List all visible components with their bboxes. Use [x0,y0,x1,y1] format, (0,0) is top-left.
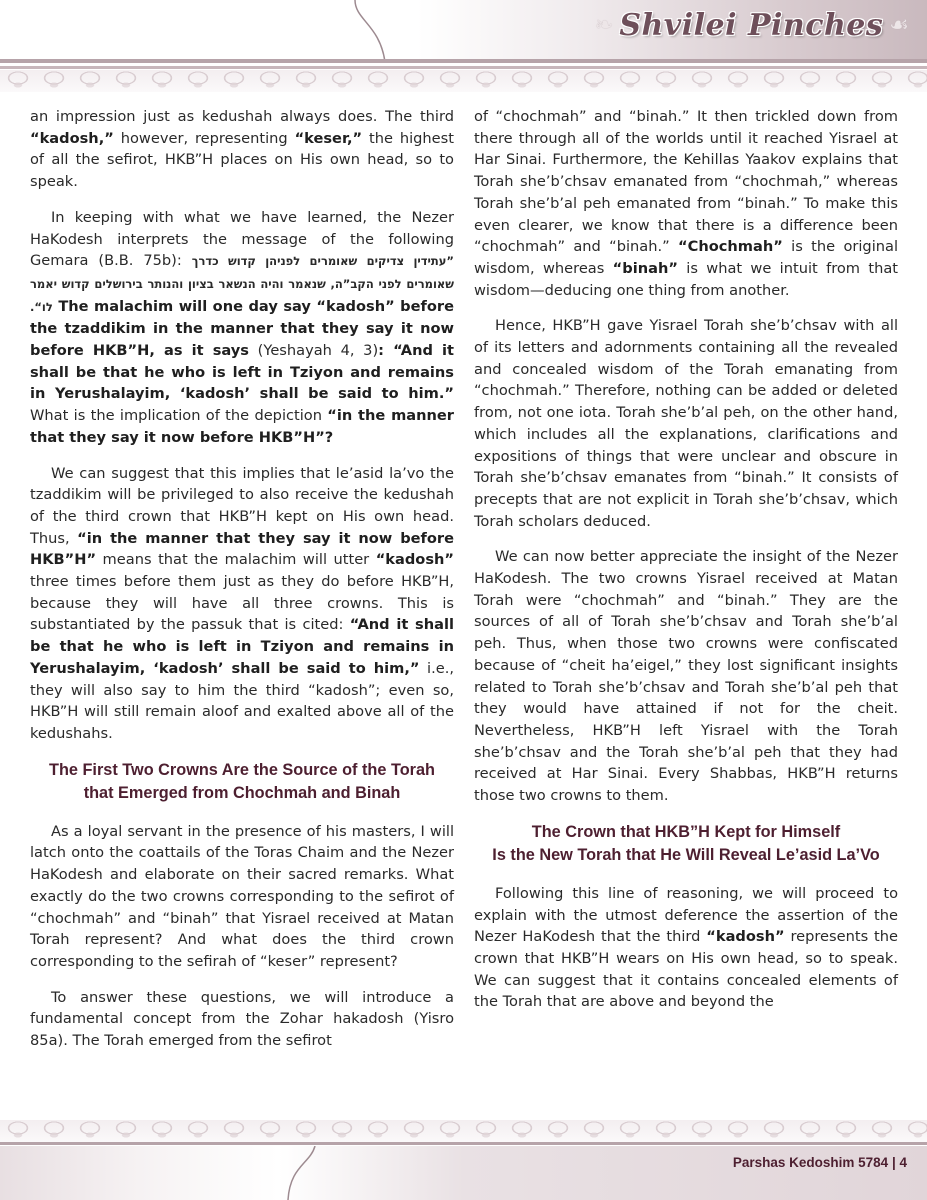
paragraph: To answer these questions, we will intro… [30,987,454,1052]
publication-title: Shvilei Pinches [619,8,883,43]
paragraph: In keeping with what we have learned, th… [30,207,454,449]
paragraph: As a loyal servant in the presence of hi… [30,821,454,973]
paragraph: Following this line of reasoning, we wil… [474,883,898,1013]
section-heading: The Crown that HKB”H Kept for Himself Is… [474,821,898,867]
right-column: of “chochmah” and “binah.” It then trick… [474,106,898,1027]
paragraph: We can now better appreciate the insight… [474,546,898,806]
header-rule [0,66,927,69]
paragraph: of “chochmah” and “binah.” It then trick… [474,106,898,301]
header-curve-decoration [340,0,420,62]
left-swirl-icon: ❧ [595,13,613,38]
footer-separator: | [892,1155,896,1170]
page-footer-label: Parshas Kedoshim 5784 | 4 [733,1155,907,1170]
header-rule [0,59,927,63]
publication-brand: ❧ Shvilei Pinches ☙ [595,8,909,43]
footer-curve-decoration [280,1146,330,1200]
paragraph: We can suggest that this implies that le… [30,463,454,745]
footer-ornament-border [0,1120,927,1142]
page-number: 4 [899,1155,907,1170]
left-column: an impression just as kedushah always do… [30,106,454,1066]
paragraph: Hence, HKB”H gave Yisrael Torah she’b’ch… [474,315,898,532]
header-ornament-border [0,70,927,92]
parsha-label: Parshas Kedoshim 5784 [733,1155,888,1170]
paragraph: an impression just as kedushah always do… [30,106,454,193]
footer-rule [0,1142,927,1145]
section-heading: The First Two Crowns Are the Source of t… [30,759,454,805]
right-swirl-icon: ☙ [889,13,909,38]
